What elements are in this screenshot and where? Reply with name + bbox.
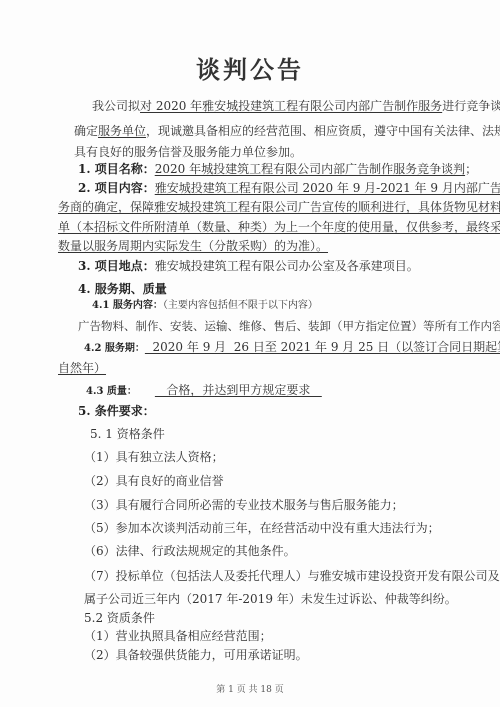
intro-project-underlined: 对 2020 年雅安城投建筑工程有限公司内部广告制作服务	[140, 99, 442, 113]
item-1-label: 1. 项目名称：	[78, 162, 155, 176]
intro-text: ，现诚邀具备相应的经营范围、相应资质，遵守中国有关法律、法规，	[146, 124, 500, 138]
section-4-3: 4.3 质量： 合格，并达到甲方规定要求	[86, 383, 322, 399]
document-page: 谈判公告 我公司拟对 2020 年雅安城投建筑工程有限公司内部广告制作服务进行竞…	[0, 0, 500, 707]
section-4-2-line-1: 4.2 服务期： 2020 年 9 月 26 日至 2021 年 9 月 25 …	[84, 340, 500, 356]
item-5-heading: 5. 条件要求：	[78, 404, 155, 418]
qualification-item: （6）法律、行政法规规定的其他条件。	[84, 544, 296, 558]
intro-line-2: 确定服务单位，现诚邀具备相应的经营范围、相应资质，遵守中国有关法律、法规，	[74, 124, 500, 138]
section-4-3-label: 4.3 质量：	[86, 386, 137, 397]
item-2-value: 雅安城投建筑工程有限公司 2020 年 9 月-2021 年 9 月内部广告制作…	[155, 181, 500, 195]
item-2-label: 2. 项目内容：	[78, 181, 155, 195]
intro-service-unit: 服务单位	[98, 124, 146, 138]
section-4-1-note: （主要内容包括但不限于以下内容）	[163, 300, 318, 311]
item-2-line-2: 务商的确定，保障雅安城投建筑工程有限公司广告宣传的顺利进行，具体货物见材料清	[58, 200, 500, 214]
qualification-item: （1）营业执照具备相应经营范围；	[84, 629, 272, 643]
item-1-tail: ；	[465, 162, 477, 176]
item-4-heading: 4. 服务期、质量	[78, 282, 167, 296]
item-2-line-1: 2. 项目内容：雅安城投建筑工程有限公司 2020 年 9 月-2021 年 9…	[78, 181, 500, 195]
item-3-value: 雅安城投建筑工程有限公司办公室及各承建项目。	[155, 259, 419, 273]
qualification-item: （2）具有良好的商业信誉	[84, 474, 224, 488]
intro-text: 进行竞争谈判	[442, 99, 500, 113]
intro-line-3: 具有良好的服务信誉及服务能力单位参加。	[74, 145, 302, 159]
item-2-line-4: 数量以服务周期内实际发生（分散采购）的为准）。	[58, 239, 328, 253]
section-4-1-label: 4.1 服务内容：	[92, 300, 163, 311]
qualification-item: （1）具有独立法人资格；	[84, 450, 224, 464]
intro-text: 确定	[74, 124, 98, 138]
document-title: 谈判公告	[0, 50, 500, 85]
qualification-item: （3）具有履行合同所必需的专业技术服务与售后服务能力；	[84, 498, 404, 512]
section-5-1-heading: 5. 1 资格条件	[90, 427, 165, 441]
qualification-item: 属子公司近三年内（2017 年-2019 年）未发生过诉讼、仲裁等纠纷。	[84, 592, 457, 606]
item-1: 1. 项目名称：2020 年城投建筑工程有限公司内部广告制作服务竞争谈判；	[78, 162, 477, 176]
intro-line-1: 我公司拟对 2020 年雅安城投建筑工程有限公司内部广告制作服务进行竞争谈判	[92, 99, 500, 113]
item-1-value: 2020 年城投建筑工程有限公司内部广告制作服务竞争谈判	[155, 162, 465, 176]
qualification-item: （5）参加本次谈判活动前三年，在经营活动中没有重大违法行为；	[84, 521, 440, 535]
section-4-1-content: 广告物料、制作、安装、运输、维修、售后、装卸（甲方指定位置）等所有工作内容	[78, 319, 500, 333]
intro-text: 我公司拟	[92, 99, 140, 113]
section-4-3-value: 合格，并达到甲方规定要求	[155, 383, 322, 397]
section-5-2-heading: 5.2 资质条件	[84, 611, 155, 625]
section-4-1: 4.1 服务内容：（主要内容包括但不限于以下内容）	[92, 299, 318, 313]
qualification-item: （2）具备较强供货能力，可用承诺证明。	[84, 648, 308, 662]
item-2-line-3: 单（本招标文件所附清单（数量、种类）为上一个年度的使用量，仅供参考，最终采购	[58, 220, 500, 234]
section-4-2-label: 4.2 服务期：	[84, 343, 145, 354]
item-3: 3. 项目地点：雅安城投建筑工程有限公司办公室及各承建项目。	[78, 259, 419, 273]
page-number: 第 1 页 共 18 页	[0, 682, 500, 695]
item-3-label: 3. 项目地点：	[78, 259, 155, 273]
section-4-2-value: 2020 年 9 月 26 日至 2021 年 9 月 25 日（以签订合同日期…	[145, 340, 500, 354]
qualification-item: （7）投标单位（包括法人及委托代理人）与雅安城市建设投资开发有限公司及下	[84, 569, 500, 583]
section-4-2-line-2: 自然年）	[58, 361, 106, 375]
